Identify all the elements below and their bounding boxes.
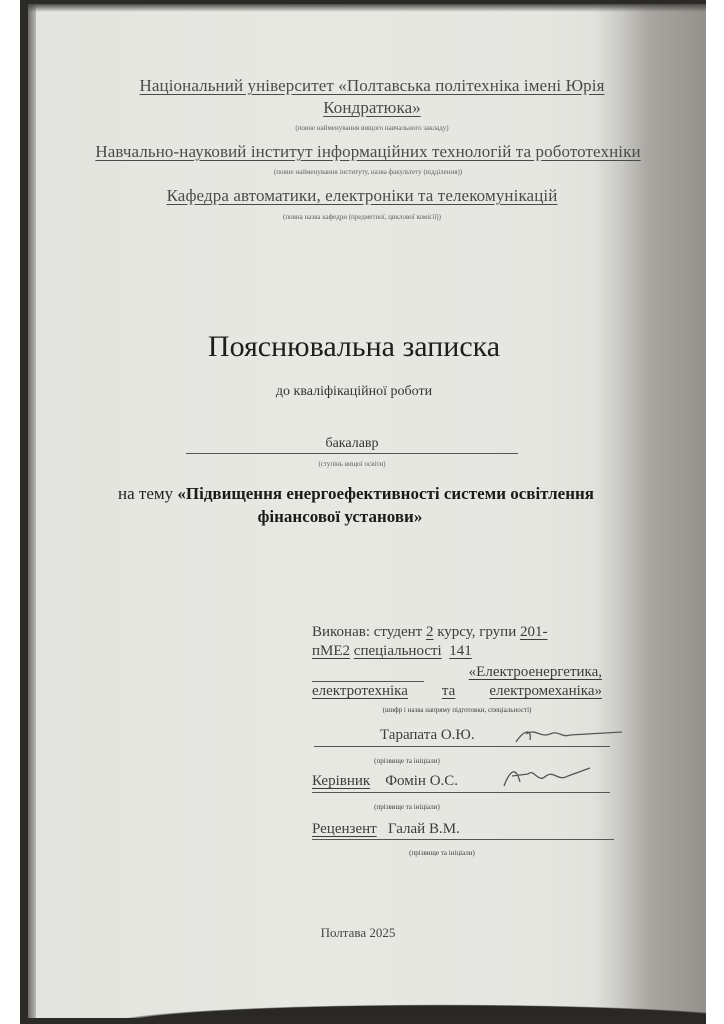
- top-shadow: [28, 4, 706, 12]
- degree-rule: [186, 453, 518, 454]
- topic-title-part2: фінансової установи»: [258, 507, 423, 526]
- student-name: Тарапата О.Ю.: [380, 727, 520, 744]
- specialty-blank-rule: [312, 681, 424, 682]
- reviewer-note: (прізвище та ініціали): [312, 849, 572, 857]
- reviewer-label: Рецензент: [312, 821, 377, 837]
- supervisor-signature-icon: [498, 762, 598, 792]
- specialty-code: 141: [449, 643, 472, 659]
- specialty-name-part2b: та: [442, 683, 455, 700]
- student-line-1: Виконав: студент 2 курсу, групи 201-: [312, 624, 604, 641]
- topic-line-1: на тему «Підвищення енергоефективності с…: [0, 484, 718, 504]
- page-subtitle: до кваліфікаційної роботи: [0, 384, 716, 400]
- department-name: Кафедра автоматики, електроніки та телек…: [167, 186, 558, 205]
- supervisor-name: Фомін О.С.: [385, 773, 458, 789]
- group-value-part2: пМЕ2: [312, 643, 350, 659]
- topic-line-2: фінансової установи»: [0, 507, 702, 527]
- specialty-name-part2a: електротехніка: [312, 683, 408, 700]
- topic-prefix: на тему: [118, 484, 177, 503]
- university-name-part1: Національний університет «Полтавська пол…: [139, 76, 604, 95]
- university-name-part2: Кондратюка»: [323, 98, 421, 117]
- degree-note: (ступінь вищої освіти): [0, 460, 714, 468]
- department-note: (повна назва кафедри (предметної, циклов…: [0, 213, 724, 221]
- group-value-part1: 201-: [520, 624, 548, 640]
- university-line-1: Національний університет «Полтавська пол…: [10, 76, 724, 96]
- specialty-note: (шифр і назва напряму підготовки, спеціа…: [312, 706, 602, 714]
- reviewer-rule: [312, 839, 614, 840]
- degree-value: бакалавр: [0, 436, 714, 452]
- student-signature-icon: [510, 724, 630, 750]
- student-line-3: «Електроенергетика,: [312, 664, 602, 681]
- institute-note: (повне найменування інституту, назва фак…: [6, 168, 724, 176]
- bottom-shadow: [28, 1000, 706, 1018]
- supervisor-label: Керівник: [312, 773, 370, 789]
- student-line-4: електротехніка та електромеханіка»: [312, 683, 602, 700]
- page-title: Пояснювальна записка: [0, 330, 716, 364]
- department-line: Кафедра автоматики, електроніки та телек…: [0, 186, 724, 206]
- topic-title-part1: «Підвищення енергоефективності системи о…: [177, 484, 594, 503]
- reviewer-name: Галай В.М.: [388, 821, 460, 837]
- city-year: Полтава 2025: [0, 925, 720, 941]
- specialty-name-part1: «Електроенергетика,: [469, 664, 602, 680]
- university-line-2: Кондратюка»: [10, 98, 724, 118]
- specialty-name-part2c: електромеханіка»: [489, 683, 602, 700]
- reviewer-line: Рецензент Галай В.М.: [312, 821, 604, 838]
- course-label: курсу, групи: [433, 624, 520, 640]
- university-note: (повне найменування вищого навчального з…: [10, 124, 724, 132]
- supervisor-note: (прізвище та ініціали): [312, 803, 502, 811]
- specialty-label: спеціальності: [354, 643, 442, 659]
- institute-line: Навчально-науковий інститут інформаційни…: [6, 142, 724, 162]
- performed-label: Виконав: студент: [312, 624, 426, 640]
- supervisor-rule: [312, 792, 610, 793]
- student-line-2: пМЕ2 спеціальності 141: [312, 643, 604, 660]
- student-note: (прізвище та ініціали): [312, 757, 502, 765]
- institute-name: Навчально-науковий інститут інформаційни…: [95, 142, 640, 161]
